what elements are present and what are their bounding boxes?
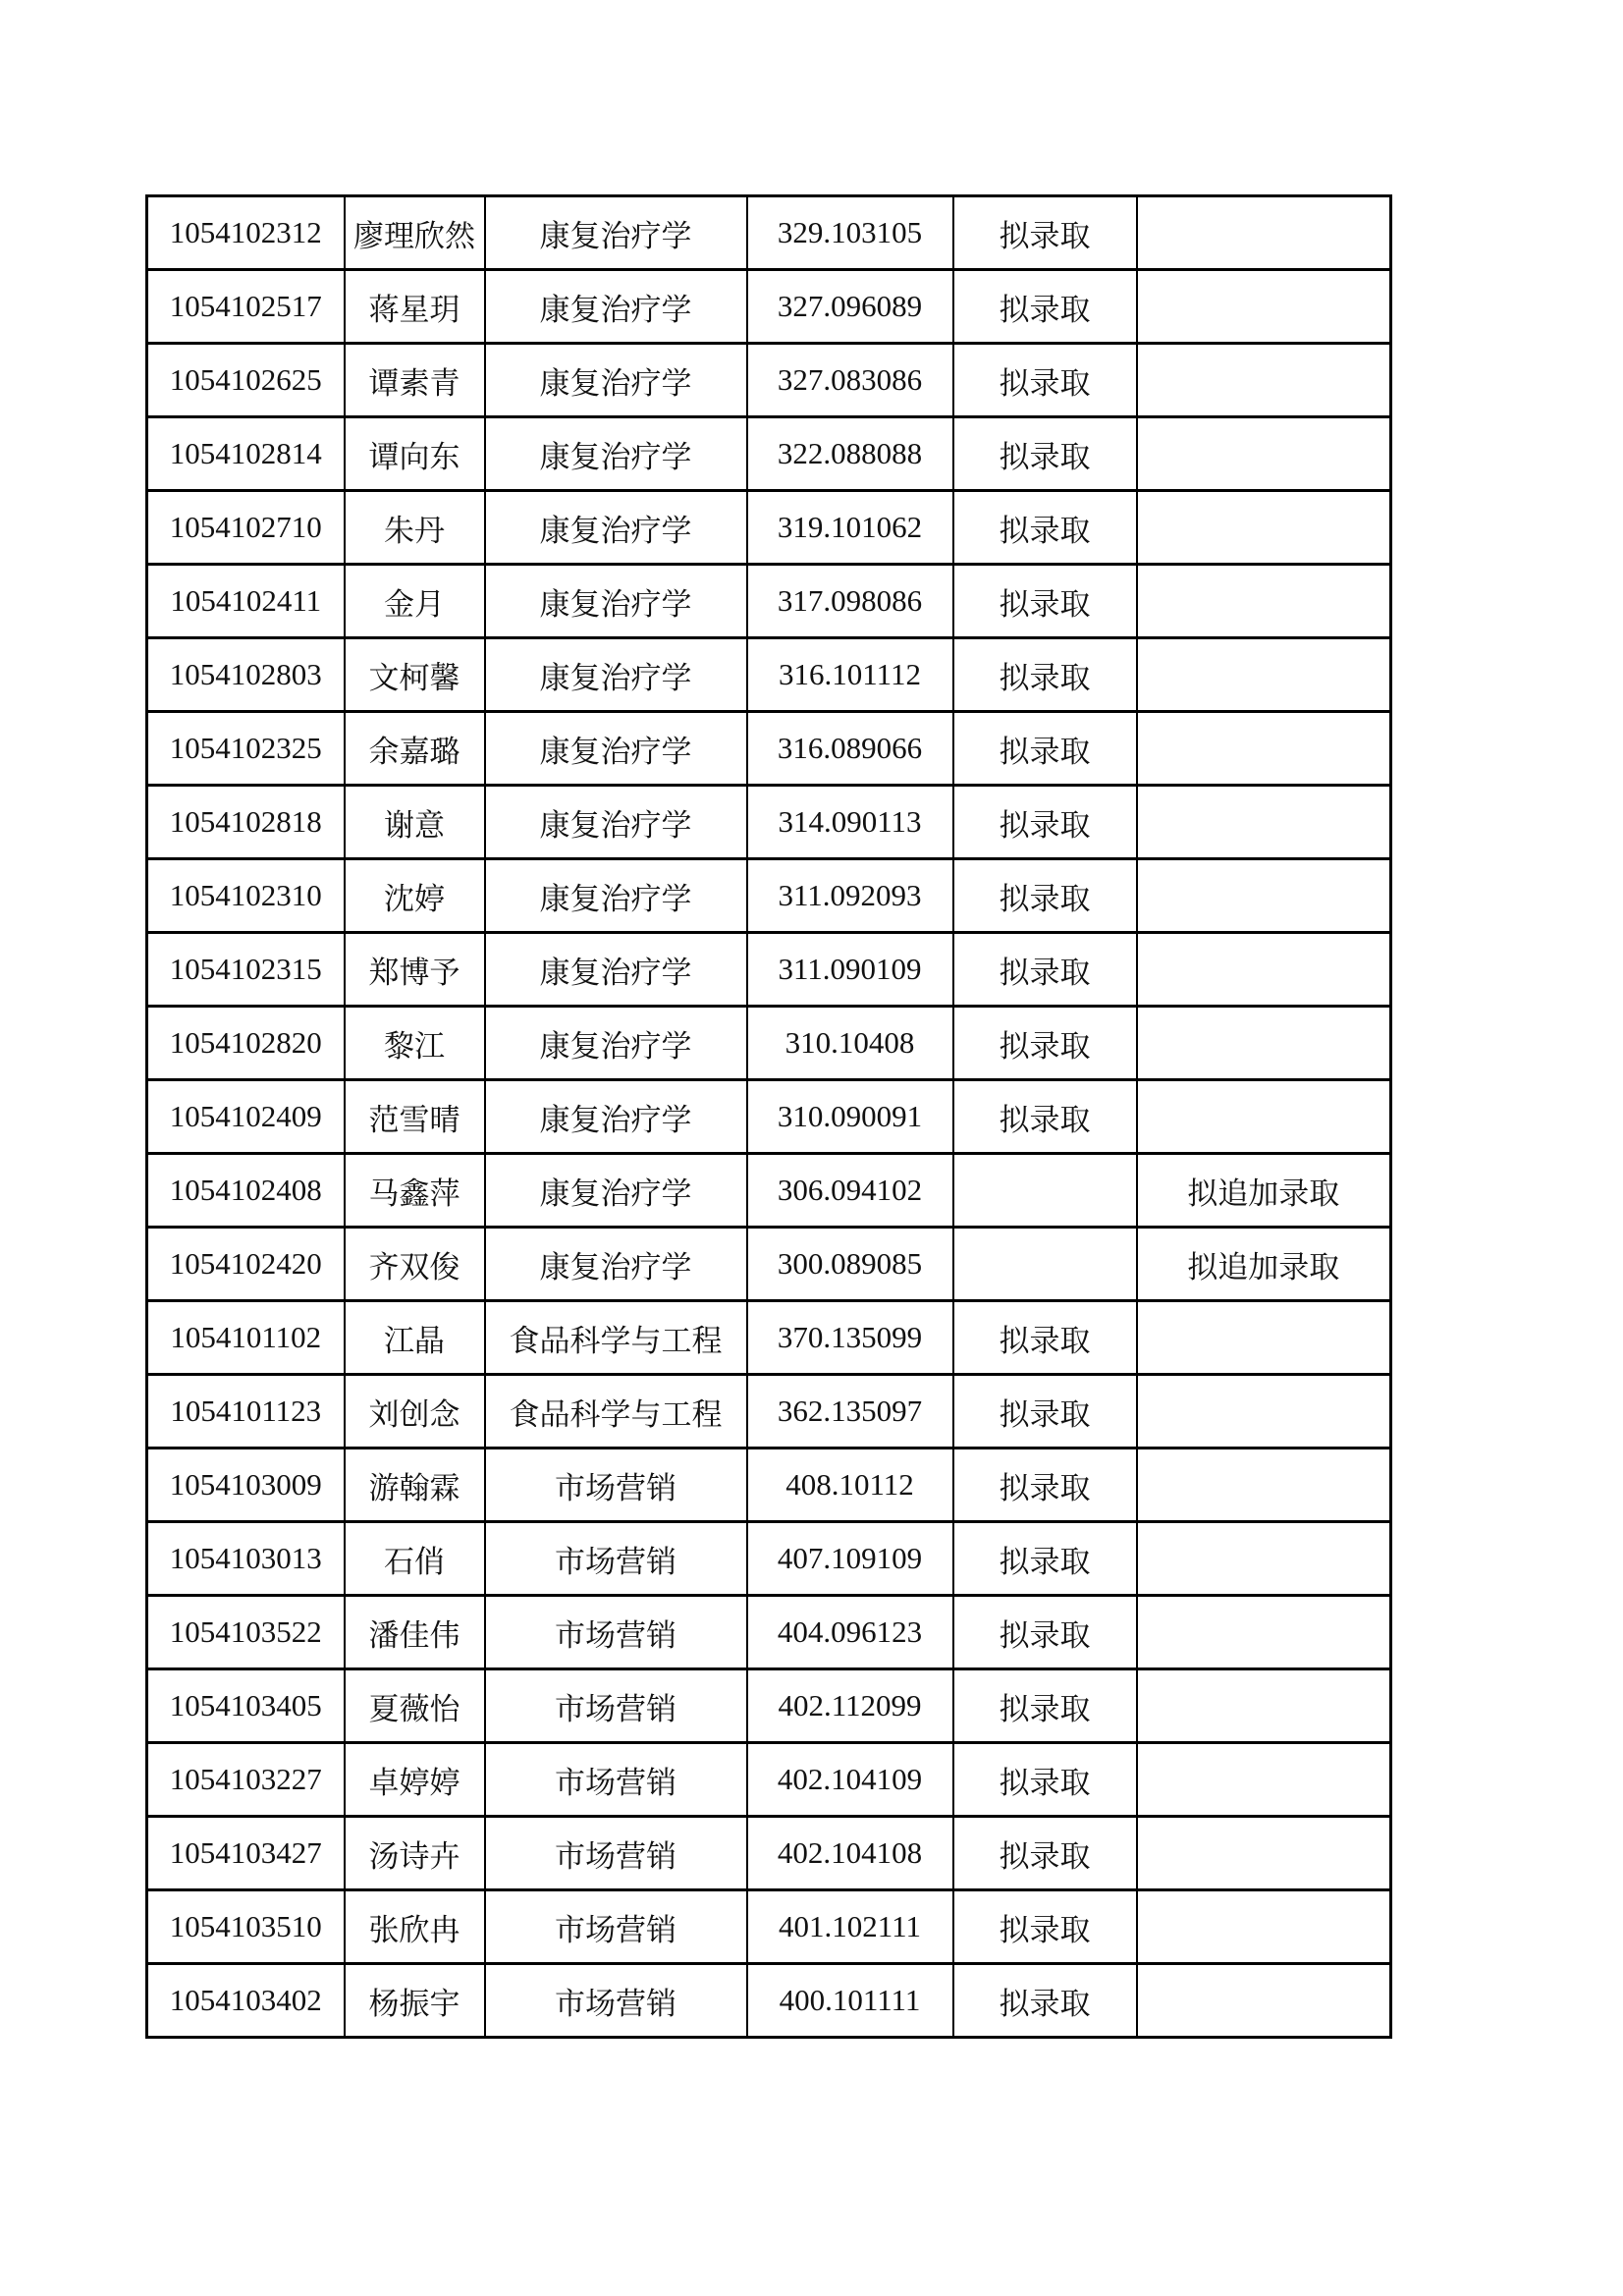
- candidate-name-cell: 马鑫萍: [345, 1154, 485, 1228]
- note-cell: [1137, 491, 1391, 565]
- major-cell: 康复治疗学: [485, 417, 747, 491]
- major-cell: 康复治疗学: [485, 933, 747, 1007]
- admission-status-cell: 拟录取: [953, 344, 1137, 417]
- candidate-name-cell: 齐双俊: [345, 1228, 485, 1301]
- admission-status-cell: 拟录取: [953, 638, 1137, 712]
- candidate-name-cell: 文柯馨: [345, 638, 485, 712]
- major-cell: 康复治疗学: [485, 786, 747, 859]
- note-cell: [1137, 1890, 1391, 1964]
- score-cell: 322.088088: [747, 417, 953, 491]
- admission-status-cell: 拟录取: [953, 196, 1137, 270]
- score-cell: 311.090109: [747, 933, 953, 1007]
- score-cell: 316.101112: [747, 638, 953, 712]
- note-cell: [1137, 565, 1391, 638]
- table-row: 1054101102江晶食品科学与工程370.135099拟录取: [147, 1301, 1391, 1375]
- candidate-id-cell: 1054102710: [147, 491, 345, 565]
- table-row: 1054103402杨振宇市场营销400.101111拟录取: [147, 1964, 1391, 2038]
- candidate-id-cell: 1054102409: [147, 1080, 345, 1154]
- candidate-name-cell: 蒋星玥: [345, 270, 485, 344]
- admission-status-cell: 拟录取: [953, 1007, 1137, 1080]
- candidate-id-cell: 1054103402: [147, 1964, 345, 2038]
- score-cell: 317.098086: [747, 565, 953, 638]
- candidate-name-cell: 汤诗卉: [345, 1817, 485, 1890]
- admission-status-cell: 拟录取: [953, 712, 1137, 786]
- document-page: 1054102312廖理欣然康复治疗学329.103105拟录取10541025…: [0, 0, 1623, 2296]
- candidate-id-cell: 1054103405: [147, 1669, 345, 1743]
- score-cell: 310.090091: [747, 1080, 953, 1154]
- candidate-id-cell: 1054103013: [147, 1522, 345, 1596]
- note-cell: 拟追加录取: [1137, 1228, 1391, 1301]
- table-row: 1054102315郑博予康复治疗学311.090109拟录取: [147, 933, 1391, 1007]
- major-cell: 康复治疗学: [485, 638, 747, 712]
- score-cell: 314.090113: [747, 786, 953, 859]
- admission-status-cell: 拟录取: [953, 565, 1137, 638]
- note-cell: [1137, 344, 1391, 417]
- score-cell: 407.109109: [747, 1522, 953, 1596]
- candidate-id-cell: 1054102820: [147, 1007, 345, 1080]
- candidate-name-cell: 张欣冉: [345, 1890, 485, 1964]
- admission-status-cell: 拟录取: [953, 1817, 1137, 1890]
- note-cell: [1137, 417, 1391, 491]
- score-cell: 319.101062: [747, 491, 953, 565]
- score-cell: 408.10112: [747, 1449, 953, 1522]
- admission-status-cell: [953, 1154, 1137, 1228]
- major-cell: 市场营销: [485, 1596, 747, 1669]
- table-row: 1054102710朱丹康复治疗学319.101062拟录取: [147, 491, 1391, 565]
- score-cell: 311.092093: [747, 859, 953, 933]
- major-cell: 市场营销: [485, 1522, 747, 1596]
- candidate-id-cell: 1054102814: [147, 417, 345, 491]
- major-cell: 康复治疗学: [485, 565, 747, 638]
- table-row: 1054103427汤诗卉市场营销402.104108拟录取: [147, 1817, 1391, 1890]
- admission-status-cell: 拟录取: [953, 491, 1137, 565]
- score-cell: 402.112099: [747, 1669, 953, 1743]
- table-row: 1054102625谭素青康复治疗学327.083086拟录取: [147, 344, 1391, 417]
- major-cell: 市场营销: [485, 1890, 747, 1964]
- admission-status-cell: 拟录取: [953, 933, 1137, 1007]
- table-row: 1054102310沈婷康复治疗学311.092093拟录取: [147, 859, 1391, 933]
- score-cell: 370.135099: [747, 1301, 953, 1375]
- note-cell: [1137, 1964, 1391, 2038]
- major-cell: 市场营销: [485, 1669, 747, 1743]
- score-cell: 327.096089: [747, 270, 953, 344]
- candidate-name-cell: 游翰霖: [345, 1449, 485, 1522]
- major-cell: 康复治疗学: [485, 1007, 747, 1080]
- major-cell: 康复治疗学: [485, 1154, 747, 1228]
- candidate-name-cell: 谢意: [345, 786, 485, 859]
- note-cell: [1137, 1669, 1391, 1743]
- candidate-id-cell: 1054102420: [147, 1228, 345, 1301]
- major-cell: 市场营销: [485, 1817, 747, 1890]
- score-cell: 310.10408: [747, 1007, 953, 1080]
- major-cell: 市场营销: [485, 1743, 747, 1817]
- table-row: 1054103405夏薇怡市场营销402.112099拟录取: [147, 1669, 1391, 1743]
- candidate-id-cell: 1054103009: [147, 1449, 345, 1522]
- note-cell: [1137, 1522, 1391, 1596]
- table-row: 1054102820黎江康复治疗学310.10408拟录取: [147, 1007, 1391, 1080]
- major-cell: 康复治疗学: [485, 712, 747, 786]
- candidate-name-cell: 卓婷婷: [345, 1743, 485, 1817]
- candidate-name-cell: 杨振宇: [345, 1964, 485, 2038]
- candidate-name-cell: 郑博予: [345, 933, 485, 1007]
- candidate-name-cell: 潘佳伟: [345, 1596, 485, 1669]
- candidate-id-cell: 1054103522: [147, 1596, 345, 1669]
- candidate-id-cell: 1054102818: [147, 786, 345, 859]
- admission-status-cell: 拟录取: [953, 1080, 1137, 1154]
- candidate-id-cell: 1054101102: [147, 1301, 345, 1375]
- admission-status-cell: 拟录取: [953, 1669, 1137, 1743]
- major-cell: 食品科学与工程: [485, 1301, 747, 1375]
- admission-status-cell: 拟录取: [953, 417, 1137, 491]
- candidate-id-cell: 1054102517: [147, 270, 345, 344]
- major-cell: 康复治疗学: [485, 1228, 747, 1301]
- candidate-name-cell: 范雪晴: [345, 1080, 485, 1154]
- admission-status-cell: 拟录取: [953, 1890, 1137, 1964]
- candidate-name-cell: 金月: [345, 565, 485, 638]
- note-cell: [1137, 1301, 1391, 1375]
- candidate-name-cell: 江晶: [345, 1301, 485, 1375]
- admission-status-cell: 拟录取: [953, 1743, 1137, 1817]
- table-row: 1054103009游翰霖市场营销408.10112拟录取: [147, 1449, 1391, 1522]
- table-row: 1054102408马鑫萍康复治疗学306.094102拟追加录取: [147, 1154, 1391, 1228]
- note-cell: [1137, 1080, 1391, 1154]
- note-cell: [1137, 1743, 1391, 1817]
- score-cell: 327.083086: [747, 344, 953, 417]
- major-cell: 康复治疗学: [485, 1080, 747, 1154]
- candidate-id-cell: 1054103227: [147, 1743, 345, 1817]
- score-cell: 404.096123: [747, 1596, 953, 1669]
- candidate-id-cell: 1054102408: [147, 1154, 345, 1228]
- note-cell: [1137, 1596, 1391, 1669]
- admission-table: 1054102312廖理欣然康复治疗学329.103105拟录取10541025…: [145, 194, 1392, 2039]
- candidate-name-cell: 廖理欣然: [345, 196, 485, 270]
- score-cell: 400.101111: [747, 1964, 953, 2038]
- candidate-name-cell: 朱丹: [345, 491, 485, 565]
- major-cell: 康复治疗学: [485, 196, 747, 270]
- major-cell: 康复治疗学: [485, 859, 747, 933]
- note-cell: [1137, 1817, 1391, 1890]
- note-cell: [1137, 638, 1391, 712]
- admission-status-cell: 拟录取: [953, 786, 1137, 859]
- candidate-name-cell: 石俏: [345, 1522, 485, 1596]
- note-cell: [1137, 786, 1391, 859]
- note-cell: [1137, 1449, 1391, 1522]
- admission-status-cell: 拟录取: [953, 1522, 1137, 1596]
- candidate-id-cell: 1054101123: [147, 1375, 345, 1449]
- admission-status-cell: 拟录取: [953, 1596, 1137, 1669]
- note-cell: [1137, 270, 1391, 344]
- major-cell: 市场营销: [485, 1964, 747, 2038]
- score-cell: 402.104109: [747, 1743, 953, 1817]
- candidate-id-cell: 1054102310: [147, 859, 345, 933]
- candidate-name-cell: 夏薇怡: [345, 1669, 485, 1743]
- admission-status-cell: 拟录取: [953, 1449, 1137, 1522]
- table-row: 1054103227卓婷婷市场营销402.104109拟录取: [147, 1743, 1391, 1817]
- table-row: 1054103522潘佳伟市场营销404.096123拟录取: [147, 1596, 1391, 1669]
- admission-status-cell: [953, 1228, 1137, 1301]
- major-cell: 康复治疗学: [485, 491, 747, 565]
- admission-status-cell: 拟录取: [953, 1301, 1137, 1375]
- note-cell: [1137, 712, 1391, 786]
- table-row: 1054102312廖理欣然康复治疗学329.103105拟录取: [147, 196, 1391, 270]
- candidate-name-cell: 黎江: [345, 1007, 485, 1080]
- admission-status-cell: 拟录取: [953, 859, 1137, 933]
- major-cell: 市场营销: [485, 1449, 747, 1522]
- table-row: 1054102325余嘉璐康复治疗学316.089066拟录取: [147, 712, 1391, 786]
- note-cell: [1137, 859, 1391, 933]
- candidate-name-cell: 余嘉璐: [345, 712, 485, 786]
- note-cell: [1137, 196, 1391, 270]
- candidate-id-cell: 1054102315: [147, 933, 345, 1007]
- admission-status-cell: 拟录取: [953, 1964, 1137, 2038]
- table-row: 1054102411金月康复治疗学317.098086拟录取: [147, 565, 1391, 638]
- major-cell: 康复治疗学: [485, 270, 747, 344]
- major-cell: 食品科学与工程: [485, 1375, 747, 1449]
- candidate-id-cell: 1054102803: [147, 638, 345, 712]
- candidate-name-cell: 沈婷: [345, 859, 485, 933]
- score-cell: 316.089066: [747, 712, 953, 786]
- candidate-name-cell: 谭素青: [345, 344, 485, 417]
- table-row: 1054103013石俏市场营销407.109109拟录取: [147, 1522, 1391, 1596]
- candidate-id-cell: 1054102411: [147, 565, 345, 638]
- candidate-id-cell: 1054102312: [147, 196, 345, 270]
- candidate-id-cell: 1054103510: [147, 1890, 345, 1964]
- candidate-id-cell: 1054103427: [147, 1817, 345, 1890]
- table-row: 1054102517蒋星玥康复治疗学327.096089拟录取: [147, 270, 1391, 344]
- admission-status-cell: 拟录取: [953, 1375, 1137, 1449]
- note-cell: [1137, 1007, 1391, 1080]
- table-row: 1054102818谢意康复治疗学314.090113拟录取: [147, 786, 1391, 859]
- major-cell: 康复治疗学: [485, 344, 747, 417]
- table-row: 1054102814谭向东康复治疗学322.088088拟录取: [147, 417, 1391, 491]
- candidate-name-cell: 刘创念: [345, 1375, 485, 1449]
- candidate-id-cell: 1054102625: [147, 344, 345, 417]
- candidate-id-cell: 1054102325: [147, 712, 345, 786]
- score-cell: 329.103105: [747, 196, 953, 270]
- table-row: 1054103510张欣冉市场营销401.102111拟录取: [147, 1890, 1391, 1964]
- admission-status-cell: 拟录取: [953, 270, 1137, 344]
- candidate-name-cell: 谭向东: [345, 417, 485, 491]
- note-cell: [1137, 1375, 1391, 1449]
- score-cell: 300.089085: [747, 1228, 953, 1301]
- score-cell: 306.094102: [747, 1154, 953, 1228]
- table-row: 1054102409范雪晴康复治疗学310.090091拟录取: [147, 1080, 1391, 1154]
- table-row: 1054102420齐双俊康复治疗学300.089085拟追加录取: [147, 1228, 1391, 1301]
- score-cell: 402.104108: [747, 1817, 953, 1890]
- note-cell: 拟追加录取: [1137, 1154, 1391, 1228]
- table-row: 1054102803文柯馨康复治疗学316.101112拟录取: [147, 638, 1391, 712]
- note-cell: [1137, 933, 1391, 1007]
- score-cell: 401.102111: [747, 1890, 953, 1964]
- admission-table-body: 1054102312廖理欣然康复治疗学329.103105拟录取10541025…: [147, 196, 1391, 2038]
- score-cell: 362.135097: [747, 1375, 953, 1449]
- table-row: 1054101123刘创念食品科学与工程362.135097拟录取: [147, 1375, 1391, 1449]
